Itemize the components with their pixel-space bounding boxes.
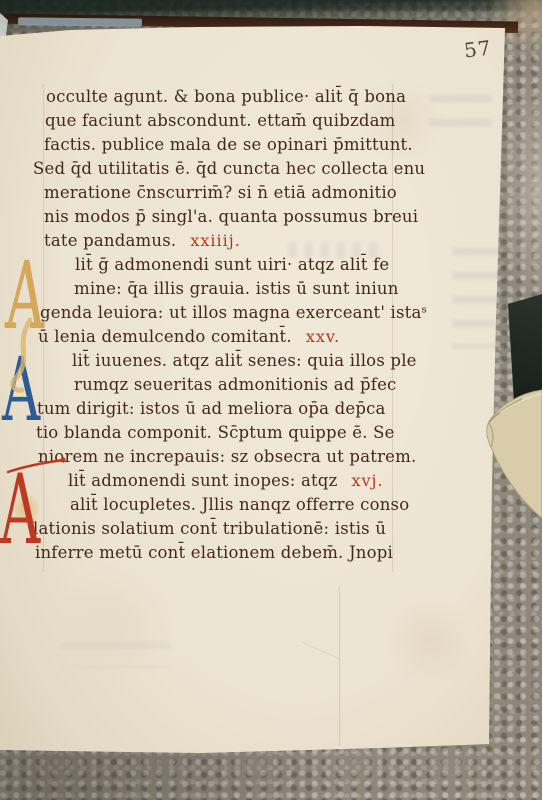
line-text: occulte agunt. & bona publice· alit̄ q̄ … bbox=[46, 87, 406, 106]
manuscript-text-line: ū lenia demulcendo comitant̄.xxv. bbox=[38, 325, 400, 349]
line-text: meratione c̄nscurrim̄? si n̄ etiā admoni… bbox=[44, 183, 397, 202]
manuscript-text-line: lit̄ iuuenes. atqz alit̄ senes: quia ill… bbox=[44, 349, 400, 373]
line-text: tate pandamus. bbox=[44, 231, 176, 250]
decorated-initial-red-A: A bbox=[0, 462, 40, 558]
manuscript-text-line: meratione c̄nscurrim̄? si n̄ etiā admoni… bbox=[44, 181, 400, 205]
manuscript-text-line: lit̄ ḡ admonendi sunt uiri· atqz alit̄ f… bbox=[44, 253, 400, 277]
protruding-leaf-corner bbox=[482, 384, 542, 524]
text-block: occulte agunt. & bona publice· alit̄ q̄ … bbox=[44, 85, 400, 565]
line-text: Sed q̄d utilitatis ē. q̄d cuncta hec col… bbox=[33, 159, 425, 178]
manuscript-text-line: rumqz seueritas admonitionis ad p̄fec bbox=[44, 373, 400, 397]
line-text: inferre metū cont̄ elationem debem̄. Jno… bbox=[35, 543, 393, 562]
line-text: mine: q̄a illis grauia. istis ū sunt ini… bbox=[74, 279, 399, 298]
manuscript-text-line: genda leuiora: ut illos magna exerceant'… bbox=[40, 301, 400, 325]
line-text: nis modos p̄ singl'a. quanta possumus br… bbox=[44, 207, 418, 226]
line-text: rumqz seueritas admonitionis ad p̄fec bbox=[74, 375, 397, 394]
line-text: lationis solatium cont̄ tribulationē: is… bbox=[33, 519, 386, 538]
manuscript-text-line: Sed q̄d utilitatis ē. q̄d cuncta hec col… bbox=[33, 157, 400, 181]
chapter-number-rubric: xxv. bbox=[306, 327, 340, 346]
manuscript-text-line: niorem ne increpauis: sz obsecra ut patr… bbox=[38, 445, 400, 469]
line-text: lit̄ ḡ admonendi sunt uiri· atqz alit̄ f… bbox=[75, 255, 389, 274]
manuscript-text-line: occulte agunt. & bona publice· alit̄ q̄ … bbox=[44, 85, 400, 109]
manuscript-text-line: tate pandamus.xxiiij. bbox=[44, 229, 400, 253]
line-text: tum dirigit: istos ū ad meliora op̄a dep… bbox=[37, 399, 386, 418]
chapter-number-rubric: xxiiij. bbox=[190, 231, 240, 250]
line-text: ū lenia demulcendo comitant̄. bbox=[38, 327, 292, 346]
bleed-through-text bbox=[60, 642, 170, 668]
manuscript-page: 57 occulte agunt. & bona publice· alit̄ … bbox=[0, 0, 542, 800]
manuscript-photograph: 57 occulte agunt. & bona publice· alit̄ … bbox=[0, 0, 542, 800]
line-text: factis. publice mala de se opinari p̄mit… bbox=[44, 135, 413, 154]
bleed-through-text bbox=[430, 95, 492, 139]
manuscript-text-line: lit̄ admonendi sunt inopes: atqzxvj. bbox=[44, 469, 400, 493]
manuscript-text-line: tio blanda componit. Sc̄ptum quippe ē. S… bbox=[36, 421, 400, 445]
gold-initial-flourish bbox=[6, 318, 48, 396]
parchment-crease-diagonal bbox=[302, 642, 341, 660]
line-text: alit̄ locupletes. Jllis nanqz offerre co… bbox=[70, 495, 409, 514]
manuscript-text-line: factis. publice mala de se opinari p̄mit… bbox=[44, 133, 400, 157]
chapter-number-rubric: xvj. bbox=[351, 471, 383, 490]
manuscript-text-line: lationis solatium cont̄ tribulationē: is… bbox=[33, 517, 400, 541]
manuscript-text-line: tum dirigit: istos ū ad meliora op̄a dep… bbox=[37, 397, 400, 421]
line-text: lit̄ admonendi sunt inopes: atqz bbox=[68, 471, 337, 490]
line-text: genda leuiora: ut illos magna exerceant'… bbox=[40, 303, 427, 322]
line-text: que faciunt abscondunt. ettam̄ quibzdam bbox=[45, 111, 396, 130]
line-text: niorem ne increpauis: sz obsecra ut patr… bbox=[38, 447, 416, 466]
manuscript-text-line: nis modos p̄ singl'a. quanta possumus br… bbox=[44, 205, 400, 229]
manuscript-text-line: alit̄ locupletes. Jllis nanqz offerre co… bbox=[44, 493, 400, 517]
parchment-crease-vertical bbox=[339, 586, 340, 746]
red-initial-flourish bbox=[6, 456, 68, 476]
line-text: lit̄ iuuenes. atqz alit̄ senes: quia ill… bbox=[72, 351, 417, 370]
line-text: tio blanda componit. Sc̄ptum quippe ē. S… bbox=[36, 423, 395, 442]
manuscript-text-line: que faciunt abscondunt. ettam̄ quibzdam bbox=[44, 109, 400, 133]
underlying-page-edge bbox=[18, 17, 142, 26]
bleed-through-text bbox=[452, 248, 502, 348]
folio-number: 57 bbox=[463, 35, 493, 62]
manuscript-text-line: mine: q̄a illis grauia. istis ū sunt ini… bbox=[44, 277, 400, 301]
manuscript-text-line: inferre metū cont̄ elationem debem̄. Jno… bbox=[35, 541, 400, 565]
